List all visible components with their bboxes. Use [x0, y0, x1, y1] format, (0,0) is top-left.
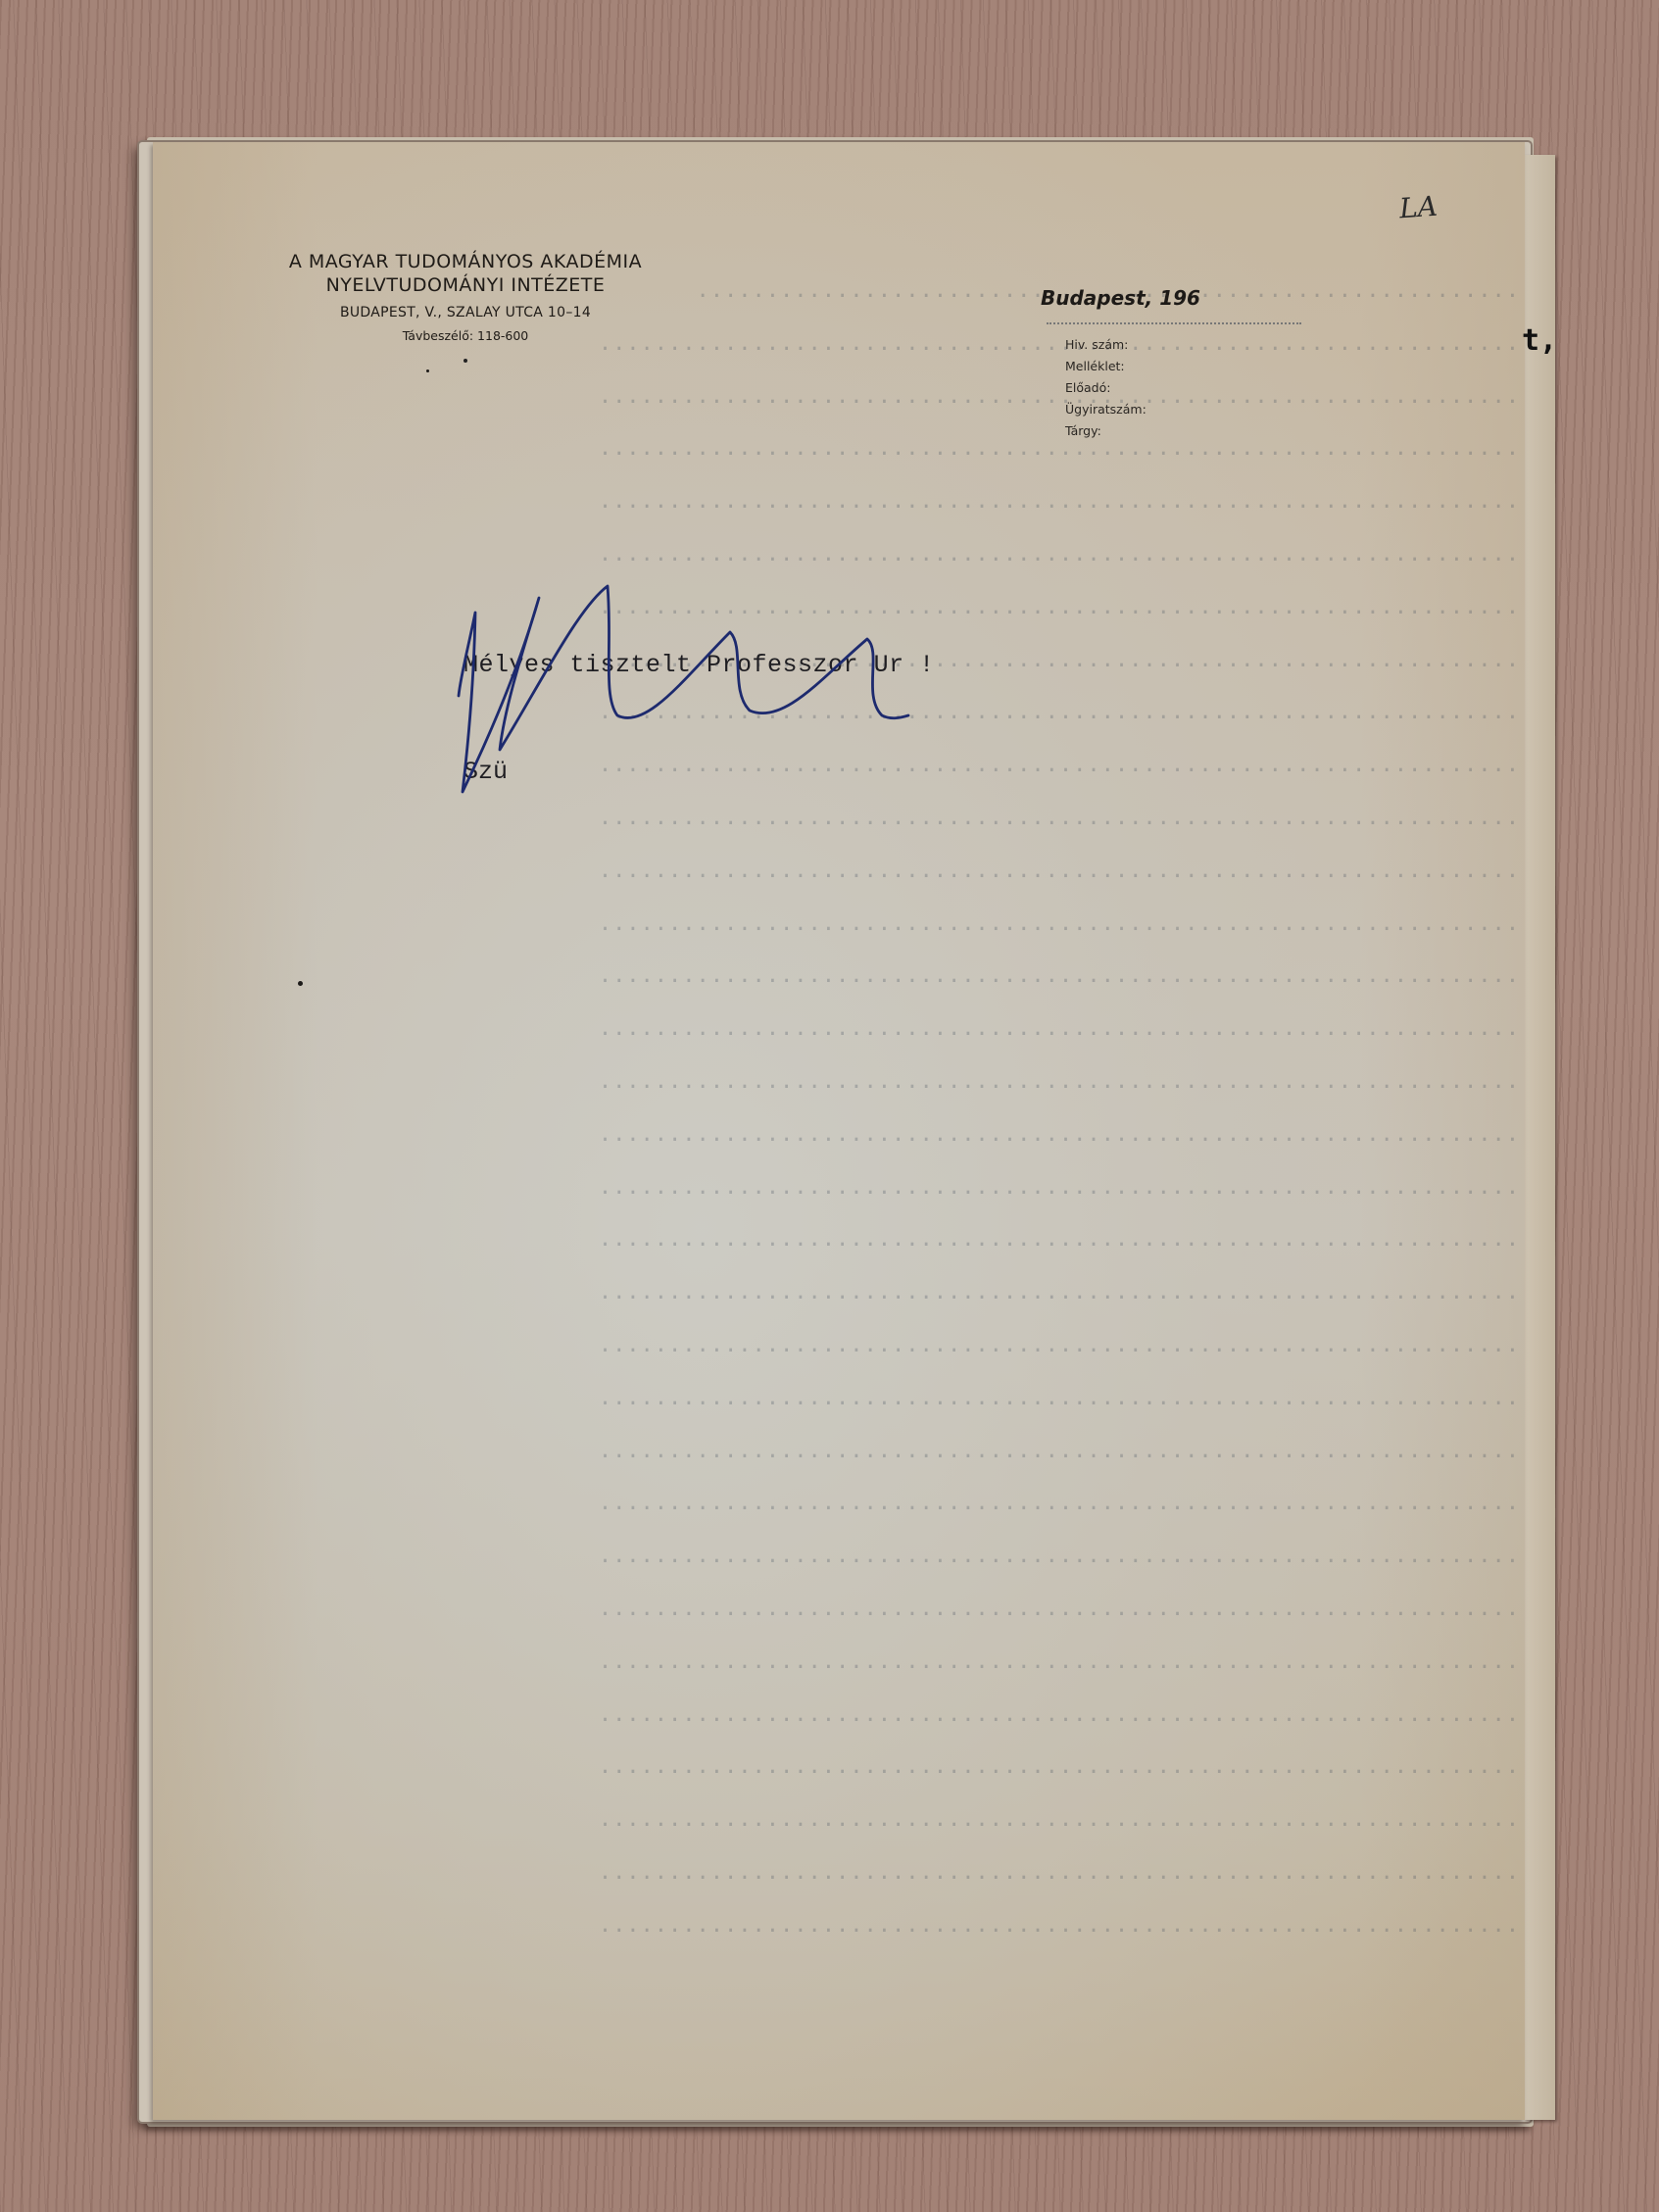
institution-phone: Távbeszélő: 118-600: [220, 328, 710, 343]
ink-speck: [426, 369, 429, 372]
institution-department: NYELVTUDOMÁNYI INTÉZETE: [220, 273, 710, 297]
institution-address: BUDAPEST, V., SZALAY UTCA 10–14: [220, 305, 710, 320]
field-ugyiratszam: Ügyiratszám:: [1065, 399, 1452, 420]
dot-mark: [464, 359, 467, 363]
date-city-year: Budapest, 196: [1041, 286, 1200, 310]
bleed-through-text: ........................................…: [294, 265, 1519, 1952]
dateline-block: Budapest, 196 Hiv. szám: Melléklet: Előa…: [1041, 286, 1452, 442]
handwritten-note: LA: [1398, 190, 1439, 225]
field-targy: Tárgy:: [1065, 420, 1452, 442]
salutation: Mélyes tisztelt Professzor Ur !: [464, 651, 935, 679]
field-melleklet: Melléklet:: [1065, 356, 1452, 377]
underlying-page-edge: [1524, 155, 1555, 2120]
field-hiv-szam: Hiv. szám:: [1065, 334, 1452, 356]
letterhead: A MAGYAR TUDOMÁNYOS AKADÉMIA NYELVTUDOMÁ…: [220, 250, 710, 363]
date-fill-line: [1047, 322, 1301, 324]
reference-fields: Hiv. szám: Melléklet: Előadó: Ügyiratszá…: [1065, 334, 1452, 442]
sender-name: Szü: [464, 758, 508, 786]
edge-text-fragment: t,: [1522, 323, 1557, 358]
ink-speck: [298, 981, 303, 986]
field-eloado: Előadó:: [1065, 377, 1452, 399]
institution-name: A MAGYAR TUDOMÁNYOS AKADÉMIA: [220, 250, 710, 273]
